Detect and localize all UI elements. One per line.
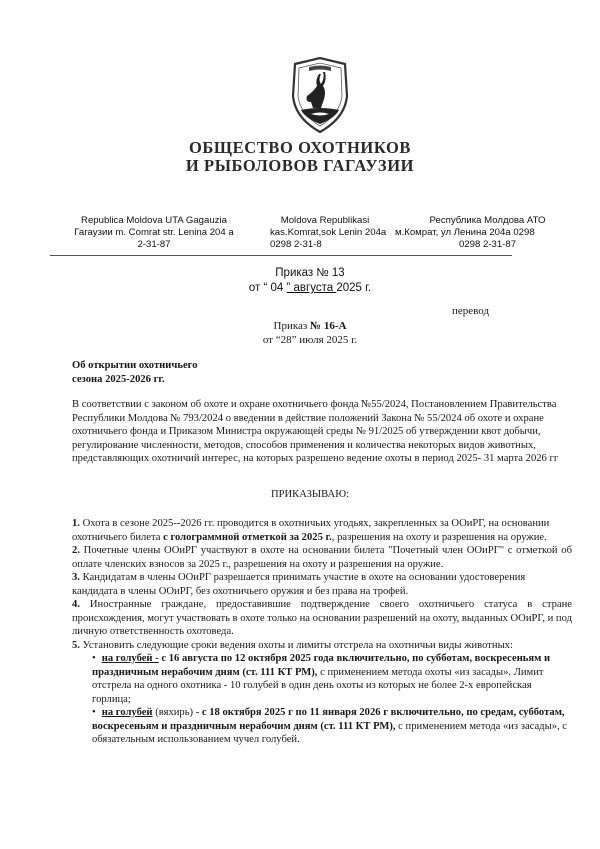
order-points: 1. Охота в сезоне 2025--2026 гг. проводи… (72, 517, 572, 747)
address-phone: 2-31-87 (54, 239, 254, 251)
bullet-pigeons-woodpigeon: •на голубей (вяхирь) - с 18 октября 2025… (72, 706, 572, 747)
bullet-pigeons-summer: •на голубей - с 16 августа по 12 октября… (72, 652, 572, 706)
organization-name-line1: ОБЩЕСТВО ОХОТНИКОВ (0, 139, 600, 157)
original-order-title: Приказ № 16-А (0, 320, 600, 333)
point-3: 3. Кандидатам в члены ООиРГ разрешается … (72, 571, 572, 598)
order-date-year: 2025 г. (336, 282, 371, 294)
order-date-month: ” августа (287, 282, 337, 294)
original-order-number: № 16-А (310, 320, 346, 332)
bullet-icon: • (92, 707, 96, 718)
order-date: от “ 04 ” августа 2025 г. (0, 281, 600, 295)
address-line: kas.Komrat,sok Lenin 204a (270, 227, 380, 239)
bullet-icon: • (92, 653, 96, 664)
original-order-date: от “28” июля 2025 г. (0, 334, 600, 347)
original-order-prefix: Приказ (274, 320, 311, 332)
shield-emblem-icon (287, 56, 353, 134)
translation-label: перевод (452, 305, 489, 317)
address-line: Гагаузии m. Comrat str. Lenina 204 a (54, 227, 254, 239)
decree-heading: ПРИКАЗЫВАЮ: (0, 489, 600, 500)
order-title: Приказ № 13 (0, 266, 600, 280)
preamble-paragraph: В соответствии с законом об охоте и охра… (72, 398, 572, 466)
order-date-day: от “ 04 (249, 282, 287, 294)
address-phone: 0298 2-31-87 (395, 239, 580, 251)
order-subject: Об открытии охотничьего сезона 2025-2026… (72, 359, 198, 386)
point-2: 2. Почетные члены ООиРГ участвуют в охот… (72, 544, 572, 571)
point-5: 5. Установить следующие сроки ведения ох… (72, 639, 572, 653)
point-4: 4. Иностранные граждане, предоставившие … (72, 598, 572, 639)
subject-line: сезона 2025-2026 гг. (72, 373, 198, 387)
point-1: 1. Охота в сезоне 2025--2026 гг. проводи… (72, 517, 572, 544)
address-line: Republica Moldova UTA Gagauzia (54, 215, 254, 227)
address-gagauz: Moldova Republikasi kas.Komrat,sok Lenin… (270, 215, 380, 251)
address-line: м.Комрат, ул Ленина 204а 0298 (395, 227, 580, 239)
address-romanian: Republica Moldova UTA Gagauzia Гагаузии … (54, 215, 254, 251)
document-page: ОБЩЕСТВО ОХОТНИКОВ И РЫБОЛОВОВ ГАГАУЗИИ … (0, 0, 600, 849)
address-line: Республика Молдова АТО (395, 215, 580, 227)
subject-line: Об открытии охотничьего (72, 359, 198, 373)
header-divider (50, 255, 512, 256)
address-phone: 0298 2-31-8 (270, 239, 380, 251)
organization-name-line2: И РЫБОЛОВОВ ГАГАУЗИИ (0, 157, 600, 175)
address-russian: Республика Молдова АТО м.Комрат, ул Лени… (395, 215, 580, 251)
address-line: Moldova Republikasi (270, 215, 380, 227)
